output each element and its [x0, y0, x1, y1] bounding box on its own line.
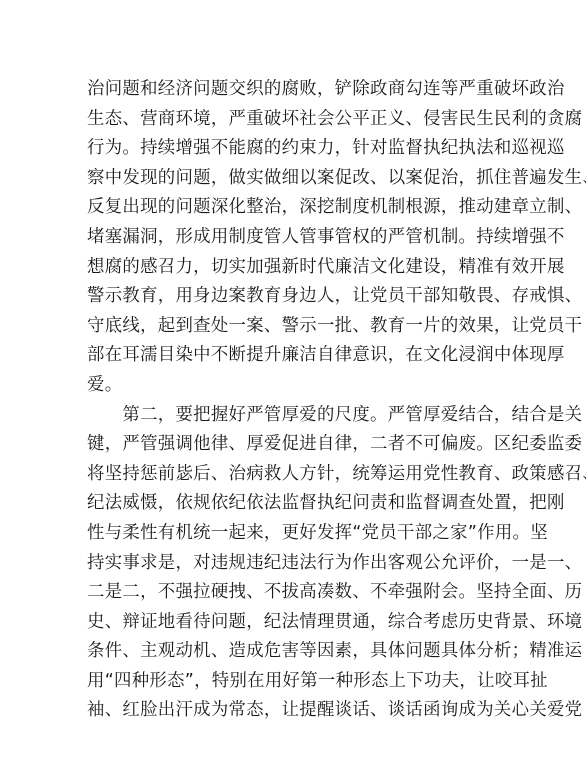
text-line: 行为。持续增强不能腐的约束力，针对监督执纪执法和巡视巡	[87, 134, 507, 164]
text-line: 爱。	[87, 371, 507, 401]
text-line: 条件、主观动机、造成危害等因素，具体问题具体分析；精准运	[87, 637, 507, 667]
text-line: 二是二，不强拉硬拽、不拔高凑数、不牵强附会。坚持全面、历	[87, 578, 507, 608]
text-line: 将坚持惩前毖后、治病救人方针，统筹运用党性教育、政策感召、	[87, 460, 507, 490]
text-line: 史、辩证地看待问题，纪法情理贯通，综合考虑历史背景、环境	[87, 608, 507, 638]
text-line: 纪法威慑，依规依纪依法监督执纪问责和监督调查处置，把刚	[87, 489, 507, 519]
document-page: 治问题和经济问题交织的腐败，铲除政商勾连等严重破坏政治 生态、营商环境，严重破坏…	[0, 0, 586, 759]
text-line: 警示教育，用身边案教育身边人，让党员干部知敬畏、存戒惧、	[87, 282, 507, 312]
text-line: 用“四种形态”，特别在用好第一种形态上下功夫，让咬耳扯	[87, 667, 507, 697]
text-line: 持实事求是，对违规违纪违法行为作出客观公允评价，一是一、	[87, 549, 507, 579]
body-text: 治问题和经济问题交织的腐败，铲除政商勾连等严重破坏政治 生态、营商环境，严重破坏…	[87, 75, 507, 726]
text-line: 部在耳濡目染中不断提升廉洁自律意识，在文化浸润中体现厚	[87, 341, 507, 371]
text-line: 反复出现的问题深化整治，深挖制度机制根源，推动建章立制、	[87, 193, 507, 223]
text-line: 袖、红脸出汗成为常态，让提醒谈话、谈话函询成为关心关爱党	[87, 696, 507, 726]
text-line: 想腐的感召力，切实加强新时代廉洁文化建设，精准有效开展	[87, 253, 507, 283]
text-line: 守底线，起到查处一案、警示一批、教育一片的效果，让党员干	[87, 312, 507, 342]
paragraph-start-line: 第二，要把握好严管厚爱的尺度。严管厚爱结合，结合是关	[87, 401, 507, 431]
text-line: 治问题和经济问题交织的腐败，铲除政商勾连等严重破坏政治	[87, 75, 507, 105]
text-line: 性与柔性有机统一起来，更好发挥“党员干部之家”作用。坚	[87, 519, 507, 549]
text-line: 生态、营商环境，严重破坏社会公平正义、侵害民生民利的贪腐	[87, 105, 507, 135]
text-line: 察中发现的问题，做实做细以案促改、以案促治，抓住普遍发生、	[87, 164, 507, 194]
text-line: 键，严管强调他律、厚爱促进自律，二者不可偏废。区纪委监委	[87, 430, 507, 460]
text-line: 堵塞漏洞，形成用制度管人管事管权的严管机制。持续增强不	[87, 223, 507, 253]
